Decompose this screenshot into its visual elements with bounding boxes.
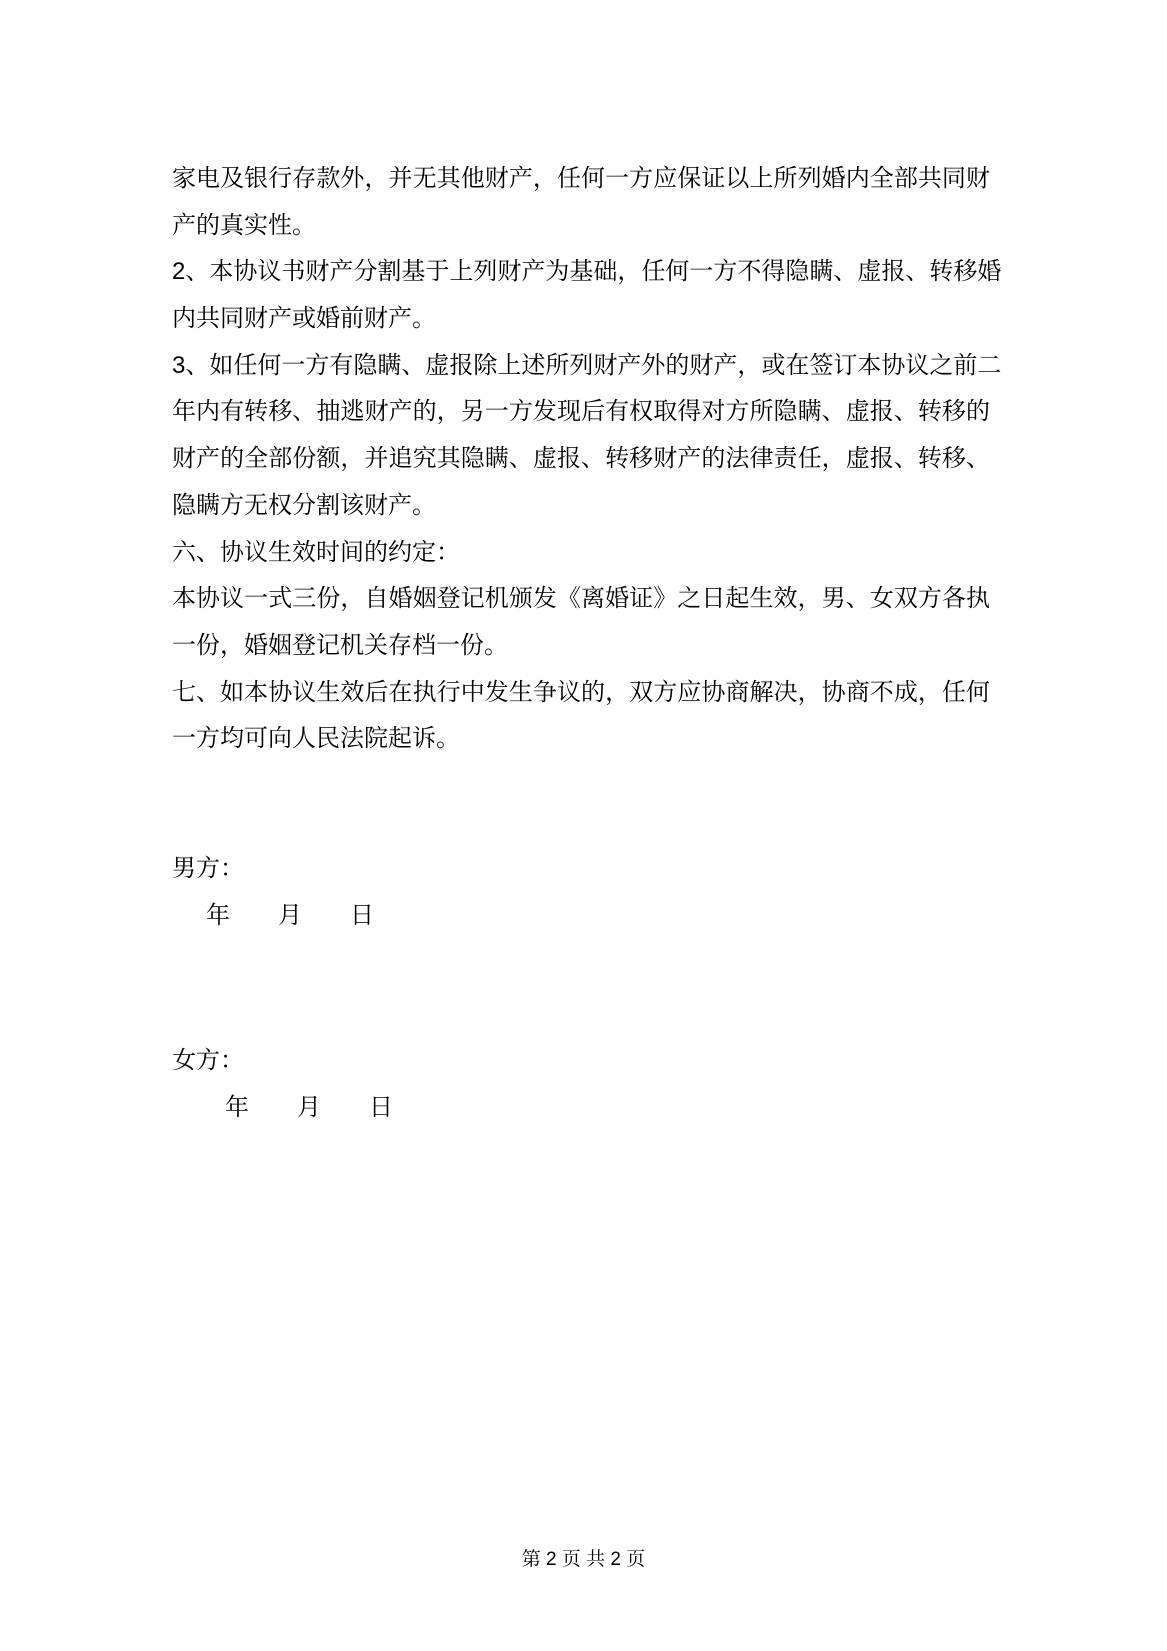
text-line: 隐瞒方无权分割该财产。 (172, 483, 990, 530)
text-line: 内共同财产或婚前财产。 (172, 296, 990, 343)
signature-husband-label: 男方： (172, 846, 990, 893)
text-line: 六、协议生效时间的约定： (172, 530, 990, 577)
body-text: 家电及银行存款外，并无其他财产，任何一方应保证以上所列婚内全部共同财产的真实性。… (172, 156, 990, 763)
signature-wife-label: 女方： (172, 1038, 990, 1085)
text-line: 2、本协议书财产分割基于上列财产为基础，任何一方不得隐瞒、虚报、转移婚 (172, 249, 990, 296)
text-line: 家电及银行存款外，并无其他财产，任何一方应保证以上所列婚内全部共同财 (172, 156, 990, 203)
signature-husband-date-line: 年 月 日 (172, 893, 990, 940)
text-line: 年内有转移、抽逃财产的，另一方发现后有权取得对方所隐瞒、虚报、转移的 (172, 389, 990, 436)
page-number-footer: 第 2 页 共 2 页 (0, 1545, 1167, 1575)
text-line: 产的真实性。 (172, 203, 990, 250)
text-line: 七、如本协议生效后在执行中发生争议的，双方应协商解决，协商不成，任何 (172, 670, 990, 717)
signature-block-wife: 女方： 年 月 日 (172, 1038, 990, 1131)
text-line: 本协议一式三份，自婚姻登记机颁发《离婚证》之日起生效，男、女双方各执 (172, 576, 990, 623)
document-page: 家电及银行存款外，并无其他财产，任何一方应保证以上所列婚内全部共同财产的真实性。… (0, 0, 1167, 1651)
signature-block-husband: 男方： 年 月 日 (172, 846, 990, 939)
text-line: 3、如任何一方有隐瞒、虚报除上述所列财产外的财产，或在签订本协议之前二 (172, 343, 990, 390)
text-line: 一方均可向人民法院起诉。 (172, 716, 990, 763)
signature-wife-date-line: 年 月 日 (172, 1085, 990, 1132)
text-line: 一份，婚姻登记机关存档一份。 (172, 623, 990, 670)
text-line: 财产的全部份额，并追究其隐瞒、虚报、转移财产的法律责任，虚报、转移、 (172, 436, 990, 483)
